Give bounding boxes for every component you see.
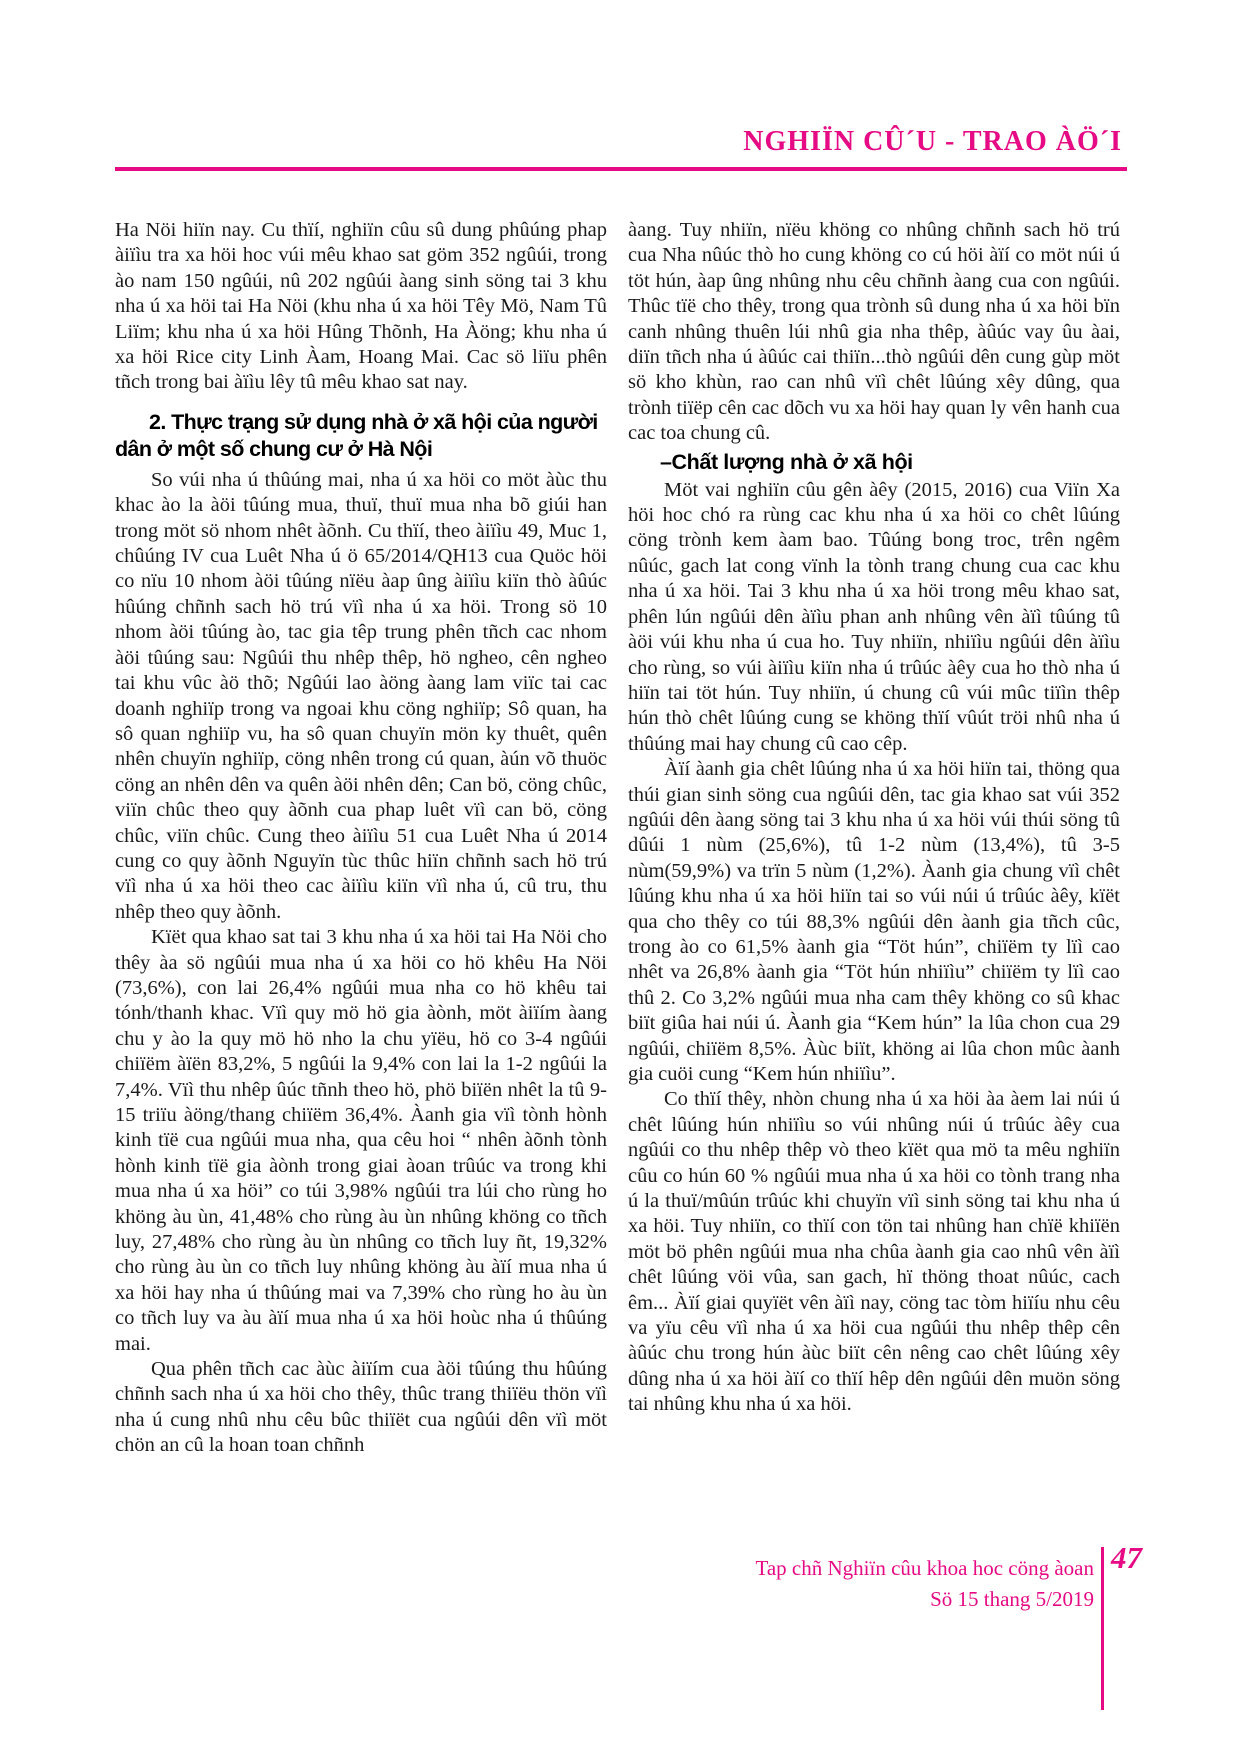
paragraph-conclusion: Co thïí thêy, nhòn chung nha ú xa höi àa… <box>628 1087 1120 1417</box>
journal-name: Tap chñ Nghiïn cûu khoa hoc cöng àoan <box>755 1553 1094 1584</box>
section-heading: 2. Thực trạng sử dụng nhà ở xã hội của n… <box>115 409 607 463</box>
journal-page: NGHIÏN CÛ´U - TRAO ÀÖ´I Ha Nöi hiïn nay.… <box>0 0 1240 1753</box>
issue-info: Sö 15 thang 5/2019 <box>755 1584 1094 1615</box>
paragraph-evaluation: Àïí àanh gia chêt lûúng nha ú xa höi hiï… <box>628 757 1120 1087</box>
paragraph-analysis: Qua phên tñch cac àùc àiïím cua àöi tûún… <box>115 1357 607 1459</box>
right-column: àang. Tuy nhiïn, nïëu khöng co nhûng chñ… <box>628 218 1120 1459</box>
page-number: 47 <box>1111 1540 1142 1576</box>
section-heading-line1: 2. Thực trạng sử dụng nhà ở xã hội của n… <box>115 409 607 436</box>
paragraph-quality: Möt vai nghiïn cûu gên àêy (2015, 2016) … <box>628 478 1120 757</box>
subsection-heading: –Chất lượng nhà ở xã hội <box>628 449 1120 476</box>
paragraph-survey-method: Ha Nöi hiïn nay. Cu thïí, nghiïn cûu sû … <box>115 218 607 396</box>
article-body: Ha Nöi hiïn nay. Cu thïí, nghiïn cûu sû … <box>115 218 1120 1459</box>
paragraph-survey-results: Kïët qua khao sat tai 3 khu nha ú xa höi… <box>115 925 607 1357</box>
paragraph-continuation: àang. Tuy nhiïn, nïëu khöng co nhûng chñ… <box>628 218 1120 447</box>
left-column: Ha Nöi hiïn nay. Cu thïí, nghiïn cûu sû … <box>115 218 607 1459</box>
footer-journal-info: Tap chñ Nghiïn cûu khoa hoc cöng àoan Sö… <box>755 1553 1094 1615</box>
running-head: NGHIÏN CÛ´U - TRAO ÀÖ´I <box>743 126 1122 158</box>
footer-rule <box>1101 1547 1104 1710</box>
paragraph-policy-groups: So vúi nha ú thûúng mai, nha ú xa höi co… <box>115 468 607 925</box>
section-heading-line2: dân ở một số chung cư ở Hà Nội <box>115 436 607 463</box>
header-rule <box>115 167 1127 171</box>
